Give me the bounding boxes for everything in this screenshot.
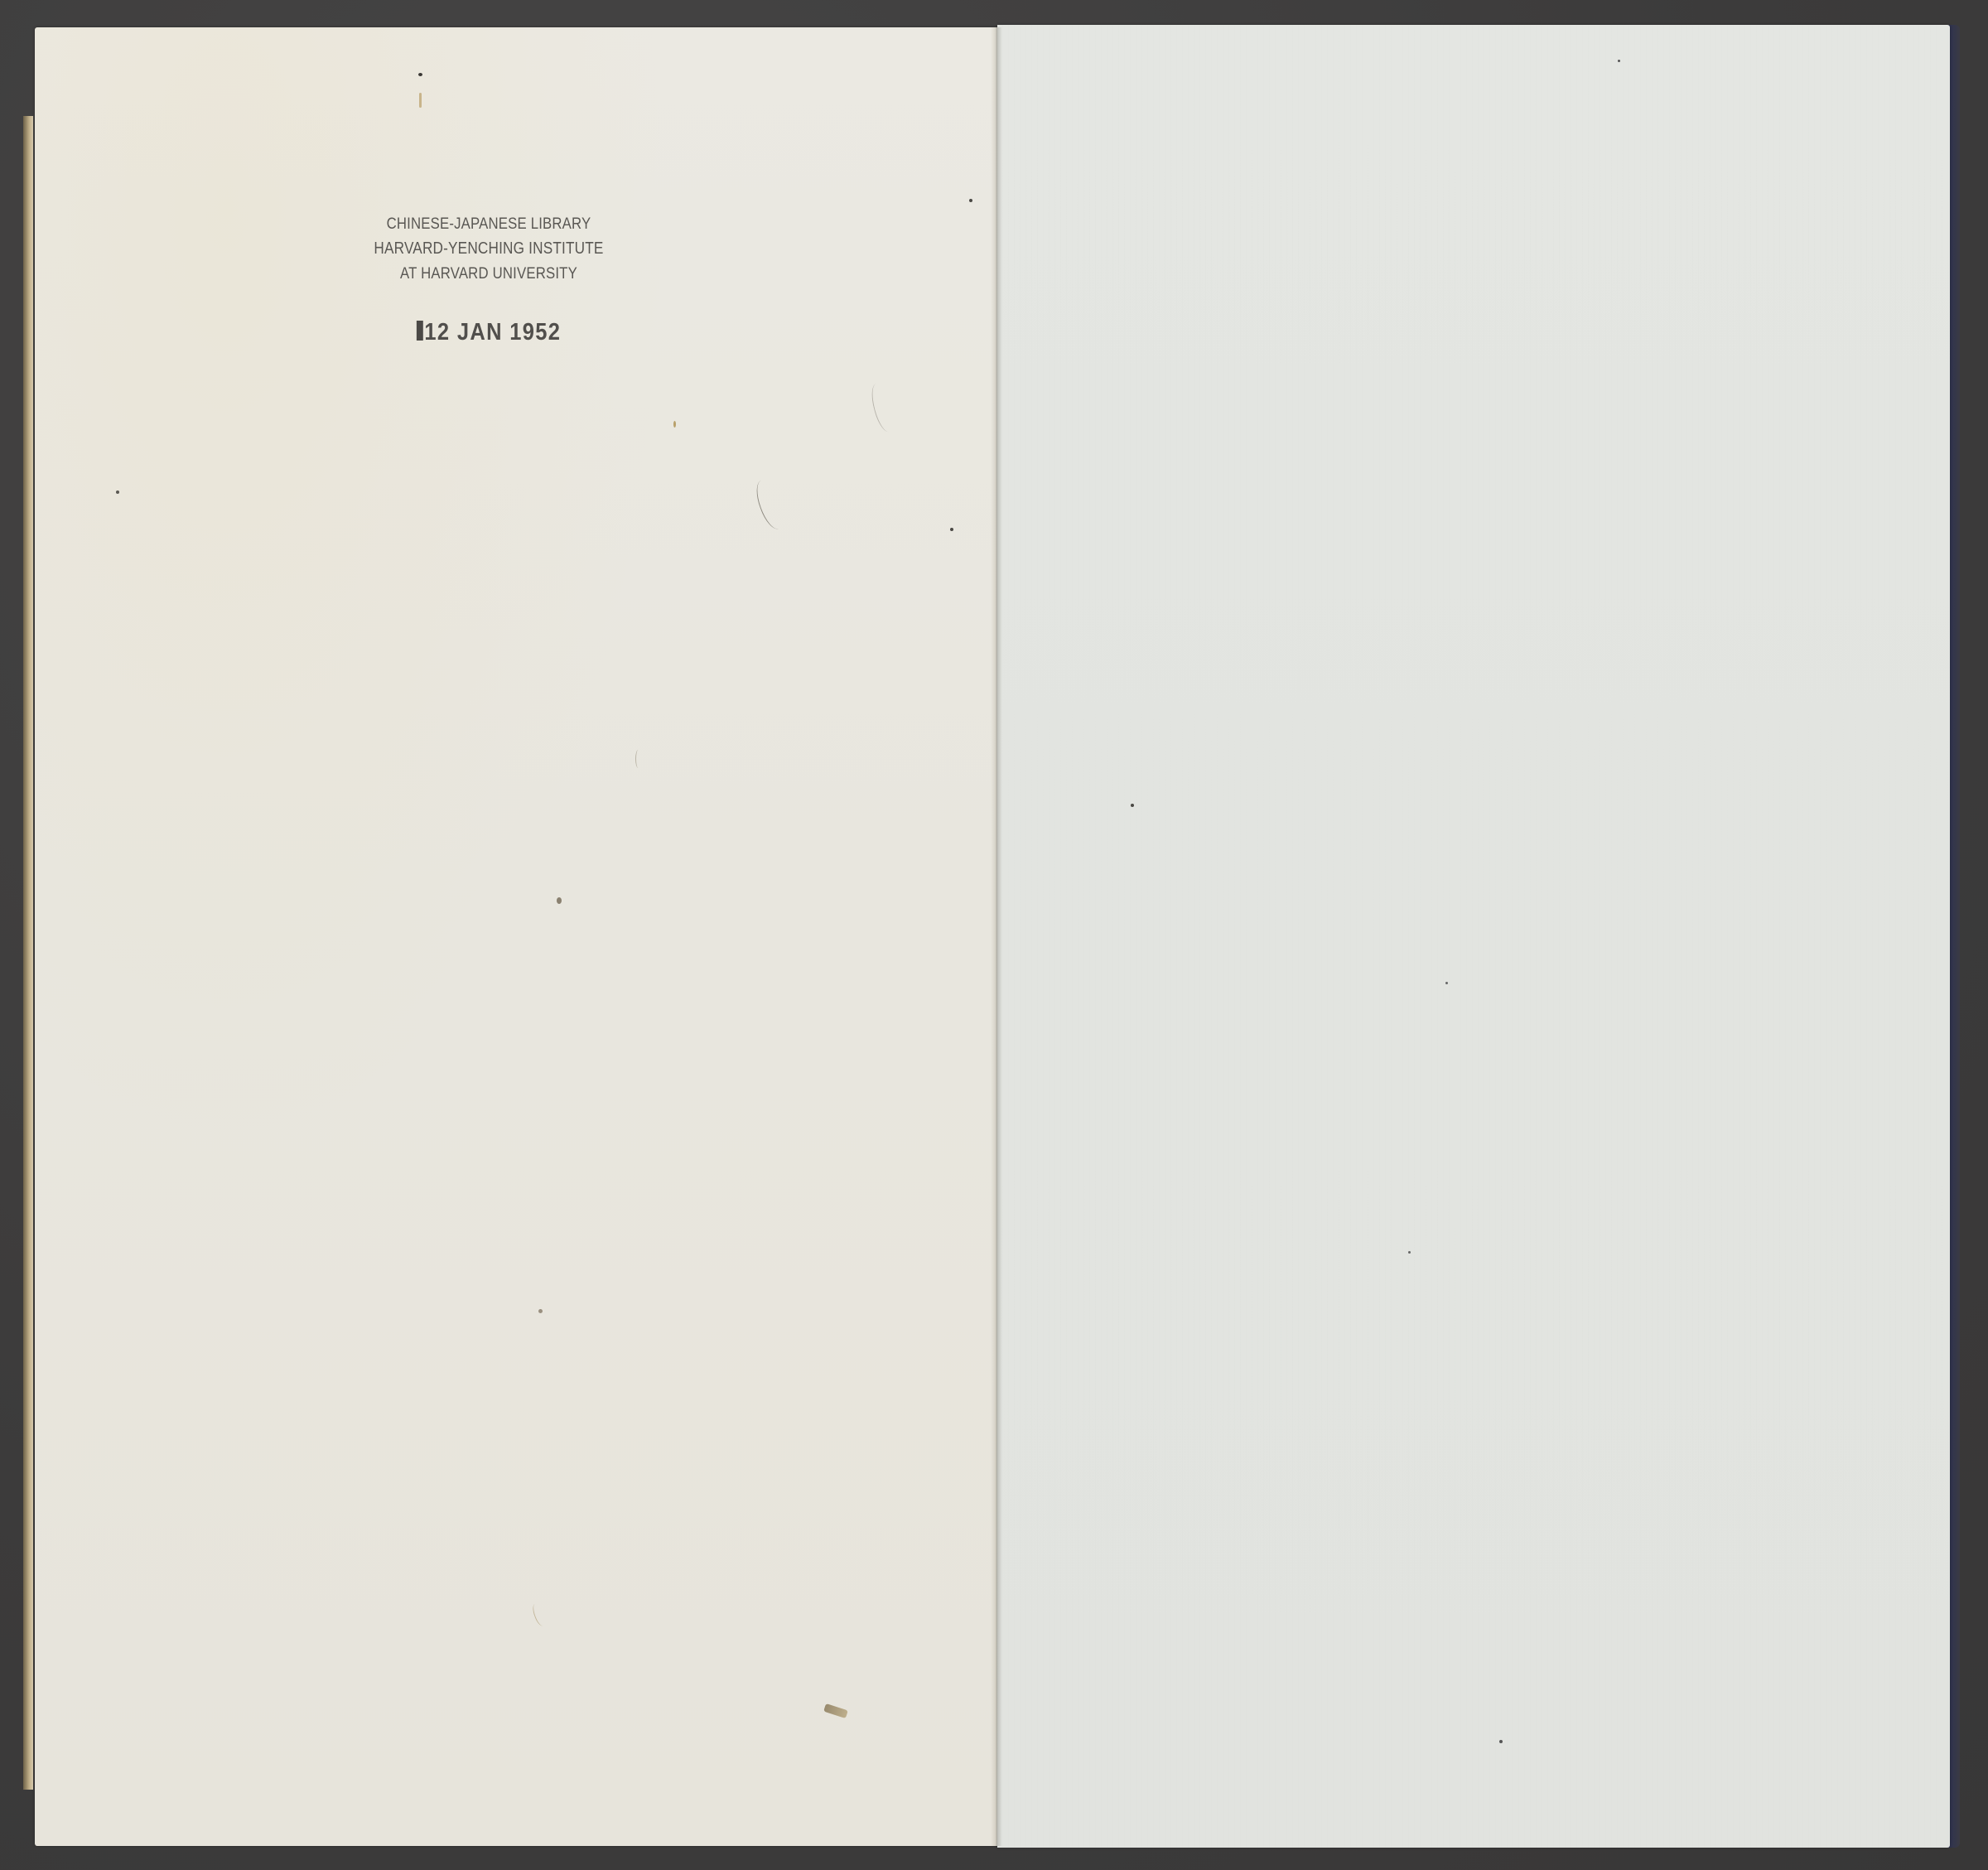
paper-fiber — [635, 750, 641, 768]
ink-speck — [538, 1309, 543, 1313]
ink-speck — [1499, 1740, 1503, 1743]
library-stamp: CHINESE-JAPANESE LIBRARY HARVARD-YENCHIN… — [348, 211, 630, 346]
stamp-date: 12 JAN 1952 — [364, 319, 612, 346]
paper-fiber — [673, 421, 676, 428]
ink-blot — [417, 321, 423, 341]
ink-speck — [950, 528, 953, 531]
paper-fiber — [419, 93, 422, 108]
book-edge-strip — [23, 116, 33, 1790]
stamp-line-university: AT HARVARD UNIVERSITY — [368, 261, 610, 286]
stamp-line-library: CHINESE-JAPANESE LIBRARY — [368, 211, 610, 236]
ink-speck — [1445, 982, 1448, 984]
right-page — [997, 25, 1950, 1848]
scan-background: CHINESE-JAPANESE LIBRARY HARVARD-YENCHIN… — [0, 0, 1988, 1870]
ink-speck — [969, 199, 972, 202]
stamp-date-text: 12 JAN 1952 — [424, 319, 561, 345]
ink-speck — [1618, 60, 1620, 62]
ink-speck — [1131, 804, 1134, 807]
spine-gutter — [991, 27, 1002, 1846]
ink-speck — [418, 73, 422, 76]
stamp-line-institute: HARVARD-YENCHING INSTITUTE — [368, 236, 610, 261]
ink-speck — [1408, 1251, 1411, 1254]
ink-speck — [116, 490, 119, 494]
ink-speck — [557, 897, 562, 904]
